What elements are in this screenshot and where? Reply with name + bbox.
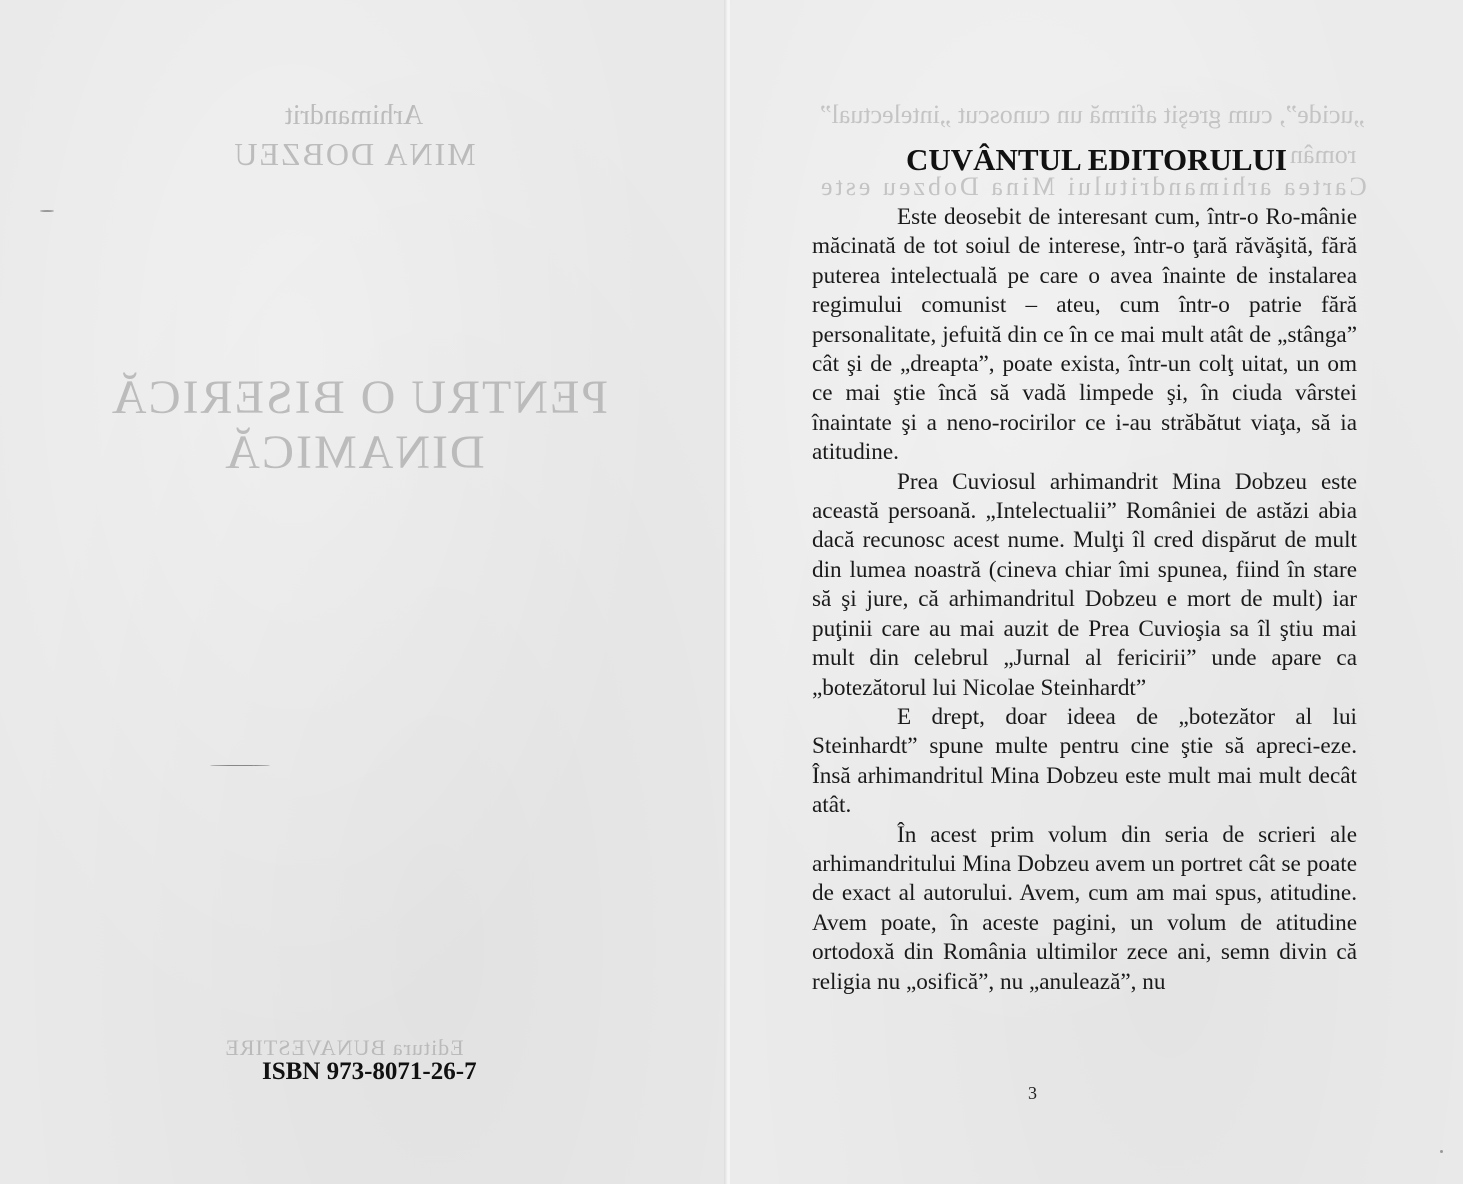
show-through-title-line-2: DINAMICĂ	[0, 425, 718, 480]
scan-mark	[40, 210, 54, 212]
paragraph: Este deosebit de interesant cum, într-o …	[812, 203, 1357, 468]
paragraph: În acest prim volum din seria de scrieri…	[812, 821, 1357, 997]
book-spread: Arhimandrit MINA DOBZEU PENTRU O BISERIC…	[0, 0, 1463, 1184]
scan-mark	[1440, 1150, 1443, 1153]
left-page: Arhimandrit MINA DOBZEU PENTRU O BISERIC…	[0, 0, 728, 1184]
show-through-line-1: „ucide”, cum greşit afirmă un cunoscut „…	[820, 100, 1365, 130]
show-through-author-name: MINA DOBZEU	[0, 136, 718, 173]
isbn-number: ISBN 973-8071-26-7	[262, 1058, 477, 1086]
show-through-title-line-1: PENTRU O BISERICĂ	[0, 370, 723, 425]
show-through-line-2: român	[1290, 140, 1356, 170]
page-number: 3	[1028, 1083, 1037, 1104]
scan-mark	[210, 765, 270, 766]
paragraph: E drept, doar ideea de „botezător al lui…	[812, 703, 1357, 821]
chapter-title: CUVÂNTUL EDITORULUI	[906, 142, 1287, 178]
paragraph: Prea Cuviosul arhimandrit Mina Dobzeu es…	[812, 468, 1357, 703]
show-through-author-role: Arhimandrit	[0, 100, 718, 132]
chapter-body: Este deosebit de interesant cum, într-o …	[812, 203, 1357, 997]
